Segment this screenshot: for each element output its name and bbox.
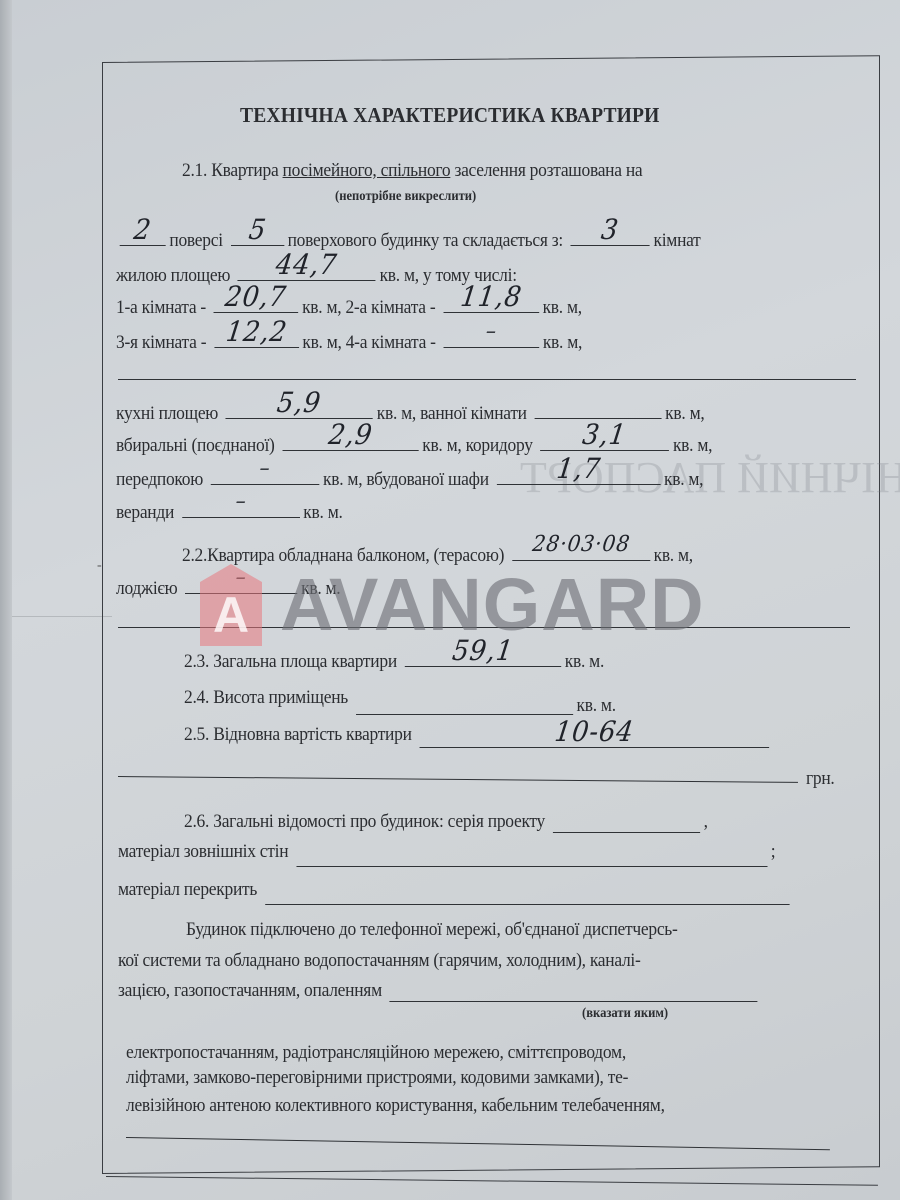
paragraph-line: левізійною антеною колективного користув… — [126, 1095, 665, 1117]
rooms-count-field[interactable]: 3 — [571, 225, 650, 246]
total-floors-field[interactable]: 5 — [231, 225, 284, 246]
toilet-area-field[interactable]: 2,9 — [282, 430, 418, 451]
wall-material-field[interactable] — [296, 846, 767, 867]
paragraph-line: електропостачанням, радіотрансляційною м… — [126, 1042, 626, 1064]
cost-continuation-line — [118, 776, 798, 783]
total-area-field[interactable]: 59,1 — [405, 646, 561, 667]
separator-line — [118, 379, 856, 380]
heating-field[interactable] — [390, 981, 758, 1002]
paragraph-line: ліфтами, замково-переговірними пристроям… — [126, 1067, 628, 1089]
loggia-line: лоджією –кв. м. — [116, 573, 340, 600]
heating-note: (вказати яким) — [582, 1006, 668, 1022]
veranda-line: веранди –кв. м. — [116, 497, 343, 524]
room4-area-field[interactable]: – — [443, 327, 539, 348]
wall-material-line: матеріал зовнішніх стін ; — [118, 836, 775, 863]
total-area-line: 2.3. Загальна площа квартири 59,1кв. м. — [184, 646, 604, 673]
toilet-line: вбиральні (поєднаної) 2,9кв. м, коридору… — [116, 430, 712, 457]
room2-area-field[interactable]: 11,8 — [443, 292, 539, 313]
currency-label: грн. — [806, 768, 835, 790]
heating-line: зацією, газопостачанням, опаленням — [118, 975, 761, 1002]
balcony-line: 2.2.Квартира обладнана балконом, (терасо… — [182, 540, 693, 567]
closet-area-field[interactable]: 1,7 — [497, 464, 661, 485]
project-series-line: 2.6. Загальні відомості про будинок: сер… — [184, 806, 708, 833]
document-title: ТЕХНІЧНА ХАРАКТЕРИСТИКА КВАРТИРИ — [240, 103, 660, 128]
living-area-field[interactable]: 44,7 — [238, 260, 376, 281]
blank-line — [126, 1137, 830, 1150]
ceiling-height-field[interactable] — [356, 694, 573, 715]
hallway-line: передпокою –кв. м, вбудованої шафи 1,7кв… — [116, 464, 703, 491]
paragraph-line: Будинок підключено до телефонної мережі,… — [186, 919, 678, 941]
occupancy-type: посімейного, спільного — [283, 160, 451, 181]
veranda-area-field[interactable]: – — [182, 497, 300, 518]
section-2-1-heading: 2.1. Квартира посімейного, спільного зас… — [182, 160, 642, 182]
strike-note: (непотрібне викреслити) — [335, 189, 476, 205]
hallway-area-field[interactable]: – — [211, 464, 320, 485]
document-page: ТЕХНІЧНА ХАРАКТЕРИСТИКА КВАРТИРИ 2.1. Кв… — [0, 0, 900, 1200]
loggia-area-field[interactable]: – — [185, 573, 297, 594]
ceiling-height-line: 2.4. Висота приміщень кв. м. — [184, 682, 616, 709]
restoration-cost-line: 2.5. Відновна вартість квартири 10-64 — [184, 719, 773, 746]
floor-line: 2поверсі 5поверхового будинку та складає… — [116, 225, 701, 252]
restoration-cost-field[interactable]: 10-64 — [419, 727, 769, 748]
balcony-area-field[interactable]: 28·03·08 — [512, 540, 650, 561]
separator-line — [118, 627, 850, 628]
floor-field[interactable]: 2 — [120, 225, 166, 246]
kitchen-area-field[interactable]: 5,9 — [226, 398, 373, 419]
room3-area-field[interactable]: 12,2 — [214, 327, 299, 348]
project-series-field[interactable] — [553, 812, 700, 833]
corridor-area-field[interactable]: 3,1 — [540, 430, 669, 451]
ceiling-material-field[interactable] — [265, 884, 789, 905]
paragraph-line: кої системи та обладнано водопостачанням… — [118, 950, 641, 972]
bathroom-area-field[interactable] — [535, 398, 662, 419]
rooms-3-4-line: 3-я кімната - 12,2кв. м, 4-а кімната - –… — [116, 327, 582, 354]
watermark-text: AVANGARD — [280, 565, 705, 645]
room1-area-field[interactable]: 20,7 — [214, 292, 299, 313]
rooms-1-2-line: 1-а кімната - 20,7кв. м, 2-а кімната - 1… — [116, 292, 582, 319]
ceiling-material-line: матеріал перекрить — [118, 874, 793, 901]
